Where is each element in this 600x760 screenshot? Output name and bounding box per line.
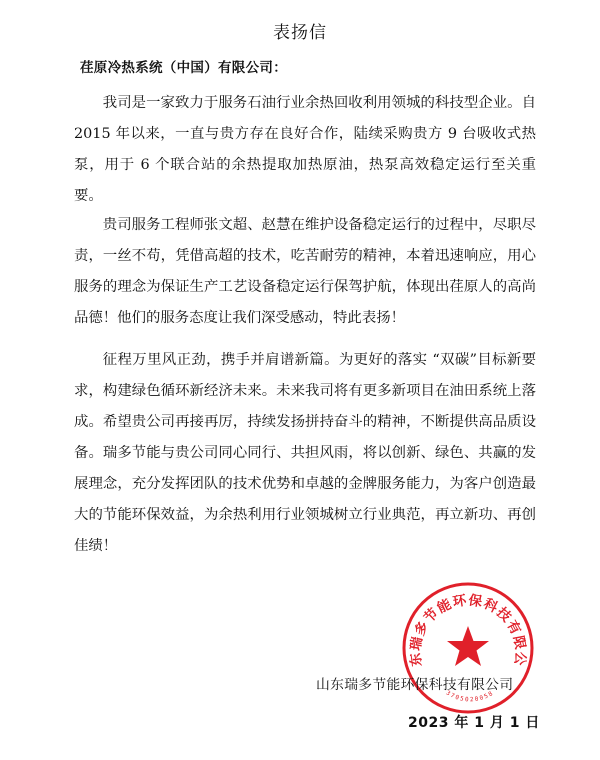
letter-date: 2023 年 1 月 1 日 [408,712,540,732]
salutation: 荏原冷热系统（中国）有限公司： [80,56,287,76]
paragraph-3: 征程万里风正劲，携手并肩谱新篇。为更好的落实 “双碳”目标新要求，构建绿色循环新… [74,345,536,562]
paragraph-1: 我司是一家致力于服务石油行业余热回收利用领城的科技型企业。自 2015 年以来，… [74,88,536,212]
letter-page: 表扬信 荏原冷热系统（中国）有限公司： 我司是一家致力于服务石油行业余热回收利用… [0,0,600,760]
company-seal-icon: 山东瑞多节能环保科技有限公司 3705020058 [400,580,536,716]
letter-title: 表扬信 [0,18,600,43]
signature-company: 山东瑞多节能环保科技有限公司 [316,673,513,693]
paragraph-2: 贵司服务工程师张文超、赵慧在维护设备稳定运行的过程中，尽职尽责，一丝不苟，凭借高… [74,210,536,334]
